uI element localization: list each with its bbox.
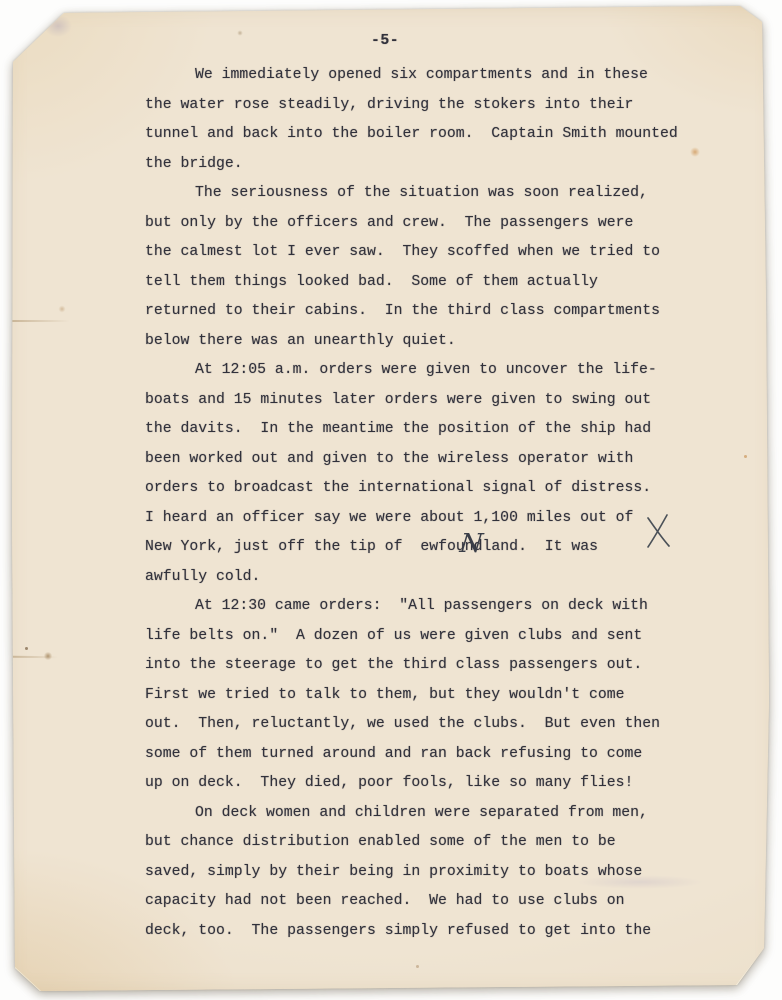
paper-crease [12,656,58,658]
folded-corner-bottom-right [736,947,765,985]
paper-crease [12,320,70,322]
page-number: -5- [371,31,399,51]
document-page: -5- We immediately opened six compartmen… [0,0,782,1000]
paper-sheet: -5- We immediately opened six compartmen… [0,0,782,1000]
typed-paragraph: We immediately opened six compartments a… [145,61,745,179]
typed-paragraph: On deck women and children were separate… [145,799,745,947]
margin-x-mark [645,514,672,549]
typed-paragraph: At 12:05 a.m. orders were given to uncov… [145,356,745,592]
paper-speck [25,647,28,650]
typed-text-block: We immediately opened six compartments a… [145,61,745,946]
folded-corner-bottom-left [14,966,41,991]
typed-paragraph: The seriousness of the situation was soo… [145,179,745,356]
folded-corner-top-left [12,13,64,62]
paper-speck [416,965,419,968]
typed-paragraph: At 12:30 came orders: "All passengers on… [145,592,745,799]
typed-segment: At 12:05 a.m. orders were given to uncov… [145,362,657,555]
